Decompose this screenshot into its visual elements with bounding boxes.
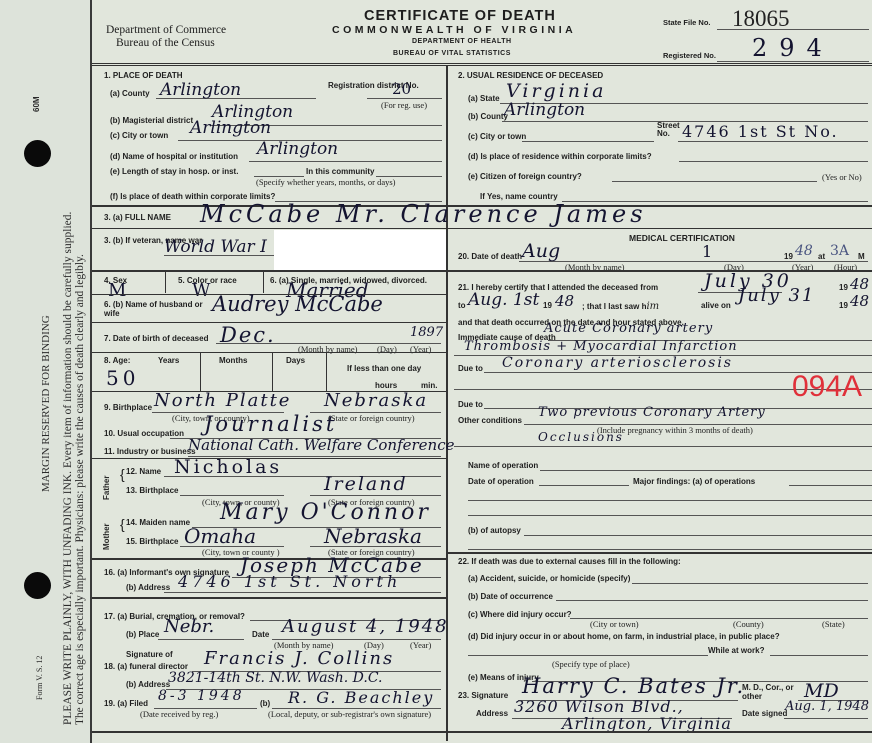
informant-address-label: (b) Address bbox=[126, 583, 170, 592]
res-city-line bbox=[522, 141, 654, 142]
alive-on-label: alive on bbox=[701, 301, 731, 310]
occupation-label: 10. Usual occupation bbox=[104, 429, 184, 438]
operation-line bbox=[540, 470, 872, 471]
burial-place-label: (b) Place bbox=[126, 630, 159, 639]
father-name-value: Nicholas bbox=[174, 456, 282, 478]
registrar-label: (b) bbox=[260, 699, 270, 708]
punch-hole-top bbox=[24, 140, 51, 167]
rule-informant bbox=[92, 597, 446, 599]
death-month: Aug bbox=[522, 240, 560, 262]
accident-label: (a) Accident, suicide, or homicide (spec… bbox=[468, 574, 630, 583]
age-div-2 bbox=[272, 353, 273, 391]
bureau-census: Bureau of the Census bbox=[116, 37, 215, 49]
dept-commerce: Department of Commerce bbox=[106, 24, 226, 36]
hours-label: hours bbox=[375, 381, 397, 390]
bureau-vital-statistics: BUREAU OF VITAL STATISTICS bbox=[393, 50, 511, 57]
reg-use-note: (For reg. use) bbox=[381, 100, 427, 110]
margin-instruction-1: PLEASE WRITE PLAINLY, WITH UNFADING INK.… bbox=[62, 212, 74, 725]
father-name-label: 12. Name bbox=[126, 467, 161, 476]
death-hour: 3A bbox=[830, 243, 849, 259]
min-label: min. bbox=[421, 381, 437, 390]
redacted-area bbox=[274, 230, 446, 271]
center-divider bbox=[446, 66, 448, 741]
place-of-death-heading: 1. PLACE OF DEATH bbox=[104, 71, 183, 80]
father-birthplace-state-line bbox=[310, 495, 441, 496]
veteran-value: World War I bbox=[164, 237, 267, 257]
burial-year-caption: (Year) bbox=[410, 640, 431, 650]
city-label: (c) City or town bbox=[110, 131, 168, 140]
citizen-line bbox=[612, 181, 817, 182]
father-side-label: Father bbox=[102, 476, 111, 500]
res-corporate-label: (d) Is place of residence within corpora… bbox=[468, 152, 652, 161]
street-value: 4746 1st St No. bbox=[682, 122, 839, 141]
community-label: In this community bbox=[306, 167, 374, 176]
other-conditions-1: Two previous Coronary Artery bbox=[538, 405, 766, 420]
reg-district-line bbox=[367, 98, 442, 99]
registered-number: 294 bbox=[752, 34, 834, 62]
last-saw-label: ; that I last saw him bbox=[582, 301, 659, 312]
operation-date-line bbox=[539, 485, 629, 486]
margin-instruction-2: The correct age is especially important.… bbox=[74, 254, 86, 725]
m-label: M bbox=[858, 252, 865, 261]
mother-name-label: 14. Maiden name bbox=[126, 518, 190, 527]
full-name-value: McCabe Mr. Clarence James bbox=[200, 200, 647, 228]
dob-year: 1897 bbox=[410, 325, 443, 340]
due-to-label: Due to bbox=[458, 364, 483, 373]
alive-on-year: 48 bbox=[850, 292, 869, 310]
external-heading: 22. If death was due to external causes … bbox=[458, 557, 681, 566]
occupation-value: Journalist bbox=[204, 412, 337, 436]
where-county-caption: (County) bbox=[733, 619, 764, 629]
occurrence-label: (b) Date of occurrence bbox=[468, 592, 553, 601]
mother-brace: { bbox=[120, 516, 125, 532]
birthplace-state-caption: (State or foreign country) bbox=[328, 413, 415, 423]
findings-line-2 bbox=[468, 500, 872, 501]
hospital-value: Arlington bbox=[257, 139, 338, 159]
mother-birthplace-label: 15. Birthplace bbox=[126, 537, 178, 546]
alive-year-prefix: 19 bbox=[839, 301, 848, 310]
other-conditions-2: Occlusions bbox=[538, 430, 624, 444]
months-label: Months bbox=[219, 356, 247, 365]
father-birthplace-city-line bbox=[180, 495, 284, 496]
date-signed-line bbox=[784, 718, 868, 719]
where-state-caption: (State) bbox=[822, 619, 845, 629]
county-label: (a) County bbox=[110, 89, 150, 98]
autopsy-label: (b) of autopsy bbox=[468, 526, 521, 535]
age-label: 8. Age: bbox=[104, 356, 130, 365]
form-number: Form V. S. 12 bbox=[35, 656, 44, 700]
reg-district-value: 20 bbox=[392, 80, 411, 98]
death-city-value: Arlington bbox=[190, 118, 271, 138]
director-signature-of: Signature of bbox=[126, 650, 173, 659]
filed-value: 8-3 1948 bbox=[158, 688, 245, 704]
certificate-title: CERTIFICATE OF DEATH bbox=[364, 8, 556, 24]
funeral-director-value: Francis J. Collins bbox=[204, 648, 394, 669]
director-address-value: 3821-14th St. N.W. Wash. D.C. bbox=[168, 670, 383, 686]
filed-caption: (Date received by reg.) bbox=[140, 709, 218, 719]
department-health: DEPARTMENT OF HEALTH bbox=[412, 38, 512, 45]
certifier-signature-label: 23. Signature bbox=[458, 691, 508, 700]
death-year-prefix: 19 bbox=[784, 252, 793, 261]
other-conditions-label: Other conditions bbox=[458, 416, 522, 425]
burial-place-value: Nebr. bbox=[164, 616, 214, 637]
hospital-line bbox=[249, 161, 442, 162]
attend-to-year-prefix: 19 bbox=[543, 301, 552, 310]
death-year: 48 bbox=[795, 243, 813, 259]
spouse-value: Audrey McCabe bbox=[212, 292, 383, 316]
state-file-number: 18065 bbox=[732, 6, 790, 32]
magisterial-label: (b) Magisterial district bbox=[110, 116, 193, 125]
death-day: 1 bbox=[702, 242, 712, 261]
work-line bbox=[770, 655, 868, 656]
attend-from-year: 48 bbox=[850, 275, 869, 293]
res-state-value: Virginia bbox=[506, 80, 606, 102]
certifier-address-label: Address bbox=[476, 709, 508, 718]
stay-label: (e) Length of stay in hosp. or inst. bbox=[110, 167, 238, 176]
autopsy-line bbox=[524, 535, 872, 536]
dob-label: 7. Date of birth of deceased bbox=[104, 334, 208, 343]
attend-to-year: 48 bbox=[555, 292, 574, 310]
accident-line bbox=[632, 583, 868, 584]
at-label: at bbox=[818, 252, 825, 261]
hospital-label: (d) Name of hospital or institution bbox=[110, 152, 238, 161]
race-divider bbox=[263, 271, 264, 293]
stay-note: (Specify whether years, months, or days) bbox=[256, 177, 396, 187]
state-file-label: State File No. bbox=[663, 18, 711, 27]
father-birthplace-label: 13. Birthplace bbox=[126, 486, 178, 495]
age-years-value: 50 bbox=[106, 366, 139, 390]
where-city-caption: (City or town) bbox=[590, 619, 639, 629]
street-line bbox=[678, 141, 868, 142]
industry-value: National Cath. Welfare Conference bbox=[188, 436, 455, 454]
residence-heading: 2. USUAL RESIDENCE OF DECEASED bbox=[458, 71, 603, 80]
to-label: to bbox=[458, 301, 466, 310]
bottom-rule bbox=[92, 731, 872, 733]
home-label: (d) Did injury occur in or about home, o… bbox=[468, 632, 780, 641]
cause-code-stamp: 094A bbox=[792, 370, 862, 404]
race-value: W bbox=[192, 280, 211, 301]
burial-date-label: Date bbox=[252, 630, 269, 639]
birthplace-state: Nebraska bbox=[324, 390, 428, 411]
immediate-cause-2: Thrombosis + Myocardial Infarction bbox=[464, 339, 738, 354]
burial-date-value: August 4, 1948 bbox=[282, 616, 449, 637]
death-certificate: 60M MARGIN RESERVED FOR BINDING PLEASE W… bbox=[0, 0, 872, 743]
alive-on-value: July 31 bbox=[738, 285, 815, 306]
dob-month: Dec. bbox=[220, 323, 276, 347]
registrar-value: R. G. Beachley bbox=[288, 688, 434, 707]
other-line-2 bbox=[454, 446, 872, 447]
mother-side-label: Mother bbox=[102, 523, 111, 550]
father-brace: { bbox=[120, 466, 125, 482]
date-of-death-label: 20. Date of death bbox=[458, 252, 522, 261]
certifier-signature-value: Harry C. Bates Jr. bbox=[522, 674, 745, 698]
attend-to: Aug. 1st bbox=[468, 290, 539, 310]
mother-birthplace-city: Omaha bbox=[184, 524, 256, 548]
rule-dob bbox=[92, 352, 446, 353]
industry-label: 11. Industry or business bbox=[104, 447, 196, 456]
date-signed-label: Date signed bbox=[742, 709, 787, 718]
punch-hole-bottom bbox=[24, 572, 51, 599]
place-type-caption: (Specify type of place) bbox=[552, 659, 630, 669]
res-state-label: (a) State bbox=[468, 94, 500, 103]
findings-line bbox=[789, 485, 872, 486]
res-county-value: Arlington bbox=[504, 100, 585, 120]
years-label: Years bbox=[158, 356, 179, 365]
less-than-day-label: If less than one day bbox=[347, 364, 421, 373]
registrar-caption: (Local, deputy, or sub-registrar's own s… bbox=[268, 709, 431, 719]
certificate-header: Department of Commerce Bureau of the Cen… bbox=[92, 0, 872, 66]
binding-note: MARGIN RESERVED FOR BINDING bbox=[40, 315, 52, 492]
age-div-1 bbox=[200, 353, 201, 391]
due-to2-label: Due to bbox=[458, 400, 483, 409]
immediate-cause-1: Acute Coronary artery bbox=[544, 321, 713, 336]
where-label: (c) Where did injury occur? bbox=[468, 610, 572, 619]
while-at-work-label: While at work? bbox=[708, 646, 764, 655]
medical-cert-heading: MEDICAL CERTIFICATION bbox=[629, 233, 735, 243]
res-corporate-line bbox=[679, 161, 868, 162]
rule-external bbox=[446, 552, 872, 554]
death-county-value: Arlington bbox=[160, 80, 241, 100]
registered-label: Registered No. bbox=[663, 51, 716, 60]
spouse-label: 6. (b) Name of husband or wife bbox=[104, 300, 214, 318]
filed-label: 19. (a) Filed bbox=[104, 699, 148, 708]
informant-address-line bbox=[164, 592, 441, 593]
res-county-label: (b) County bbox=[468, 112, 508, 121]
citizen-label: (e) Citizen of foreign country? bbox=[468, 172, 582, 181]
birthplace-label: 9. Birthplace bbox=[104, 403, 152, 412]
form-code: 60M bbox=[32, 96, 41, 112]
father-birthplace-value: Ireland bbox=[324, 473, 408, 495]
mother-name-value: Mary O'Connor bbox=[220, 500, 431, 525]
sex-value: M bbox=[108, 280, 126, 301]
certificate-form: Department of Commerce Bureau of the Cen… bbox=[92, 0, 872, 743]
findings-line-3 bbox=[468, 515, 872, 516]
operation-date-label: Date of operation bbox=[468, 477, 534, 486]
sex-divider bbox=[165, 271, 166, 293]
burial-place-line bbox=[158, 639, 244, 640]
age-div-3 bbox=[326, 353, 327, 391]
yes-no-label: (Yes or No) bbox=[822, 172, 862, 182]
res-city-label: (c) City or town bbox=[468, 132, 526, 141]
findings-label: Major findings: (a) of operations bbox=[633, 477, 755, 486]
home-line bbox=[468, 655, 708, 656]
operation-label: Name of operation bbox=[468, 461, 538, 470]
informant-address-value: 4746 1st St. North bbox=[178, 572, 401, 591]
occurrence-line bbox=[556, 600, 868, 601]
full-name-label: 3. (a) FULL NAME bbox=[104, 213, 171, 222]
date-signed-value: Aug. 1, 1948 bbox=[785, 699, 869, 714]
street-label: Street No. bbox=[657, 122, 679, 138]
days-label: Days bbox=[286, 356, 305, 365]
attend-from-year-prefix: 19 bbox=[839, 283, 848, 292]
commonwealth-title: COMMONWEALTH OF VIRGINIA bbox=[332, 24, 576, 36]
due-to-value: Coronary arteriosclerosis bbox=[502, 355, 733, 371]
rule-name bbox=[92, 228, 872, 229]
mother-birthplace-state: Nebraska bbox=[324, 524, 422, 548]
birthplace-city: North Platte bbox=[154, 390, 291, 411]
autopsy-line-2 bbox=[468, 549, 872, 550]
binding-margin: 60M MARGIN RESERVED FOR BINDING PLEASE W… bbox=[0, 0, 92, 743]
